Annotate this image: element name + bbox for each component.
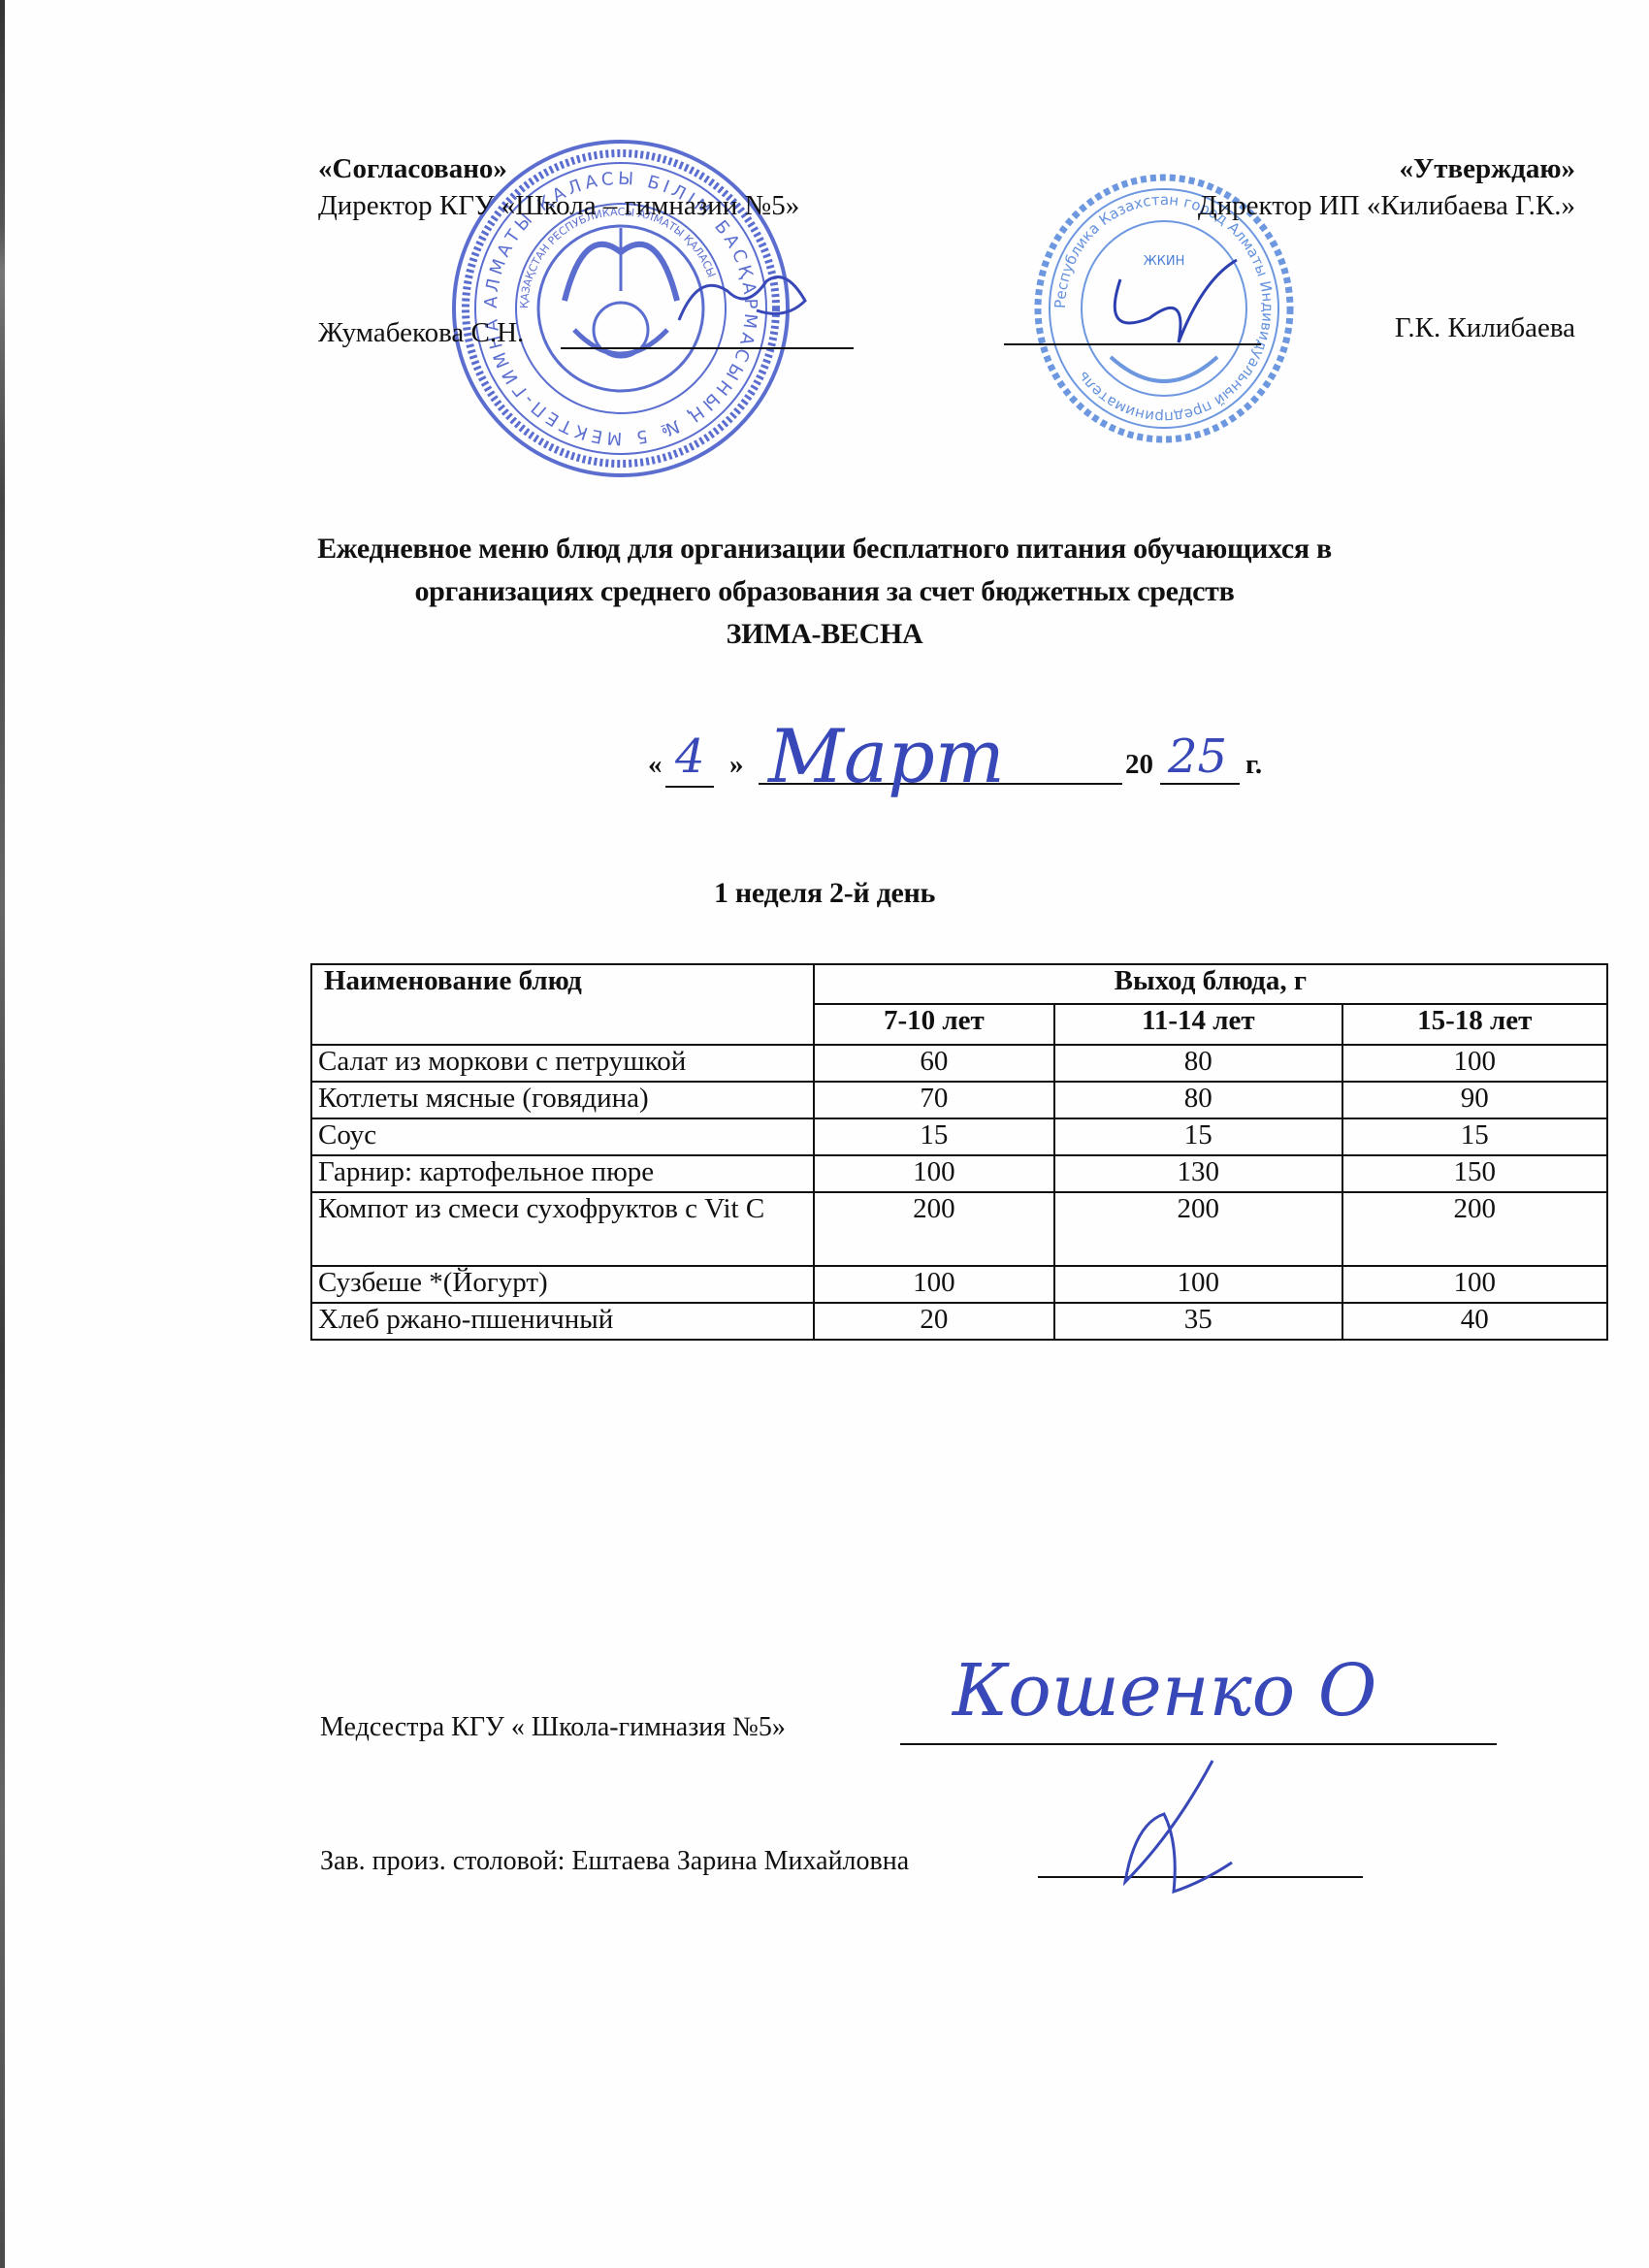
yield-value-cell: 200 — [814, 1192, 1054, 1266]
yield-value-cell: 200 — [1342, 1192, 1607, 1266]
approval-left-signature-line — [561, 347, 854, 349]
document-title-line1: Ежедневное меню блюд для организации бес… — [0, 530, 1649, 568]
yield-value-cell: 100 — [814, 1266, 1054, 1303]
yield-value-cell: 100 — [1342, 1045, 1607, 1082]
yield-value-cell: 80 — [1054, 1045, 1342, 1082]
date-open-quote: « — [648, 749, 663, 781]
nurse-label: Медсестра КГУ « Школа-гимназия №5» — [320, 1712, 786, 1743]
document-title-line2: организациях среднего образования за сче… — [0, 572, 1649, 611]
approval-right-heading: «Утверждаю» — [1399, 153, 1575, 185]
date-day: 4 — [675, 729, 705, 784]
approval-left-position: Директор КГУ «Школа – гимназии №5» — [318, 190, 799, 222]
approval-left-signatory: Жумабекова С.Н. — [318, 317, 524, 349]
table-row: Котлеты мясные (говядина)708090 — [311, 1082, 1607, 1118]
day-underline — [665, 786, 714, 788]
dish-name-cell: Компот из смеси сухофруктов с Vit C — [311, 1192, 814, 1266]
table-row: Компот из смеси сухофруктов с Vit C20020… — [311, 1192, 1607, 1266]
approval-left-heading: «Согласовано» — [318, 153, 507, 185]
approval-right-signature-line — [1004, 343, 1261, 345]
date-year-prefix: 20 — [1125, 749, 1153, 781]
canteen-manager-label: Зав. произ. столовой: Ештаева Зарина Мих… — [320, 1846, 909, 1877]
canteen-manager-signature — [1096, 1756, 1242, 1901]
yield-value-cell: 60 — [814, 1045, 1054, 1082]
dish-name-cell: Гарнир: картофельное пюре — [311, 1155, 814, 1192]
svg-text:ЖКИН: ЖКИН — [1144, 254, 1185, 269]
yield-value-cell: 15 — [1054, 1118, 1342, 1155]
age-group-header: 15-18 лет — [1342, 1004, 1607, 1045]
approval-right-signatory: Г.К. Килибаева — [1395, 312, 1575, 344]
yield-value-cell: 200 — [1054, 1192, 1342, 1266]
yield-value-cell: 150 — [1342, 1155, 1607, 1192]
yield-value-cell: 15 — [1342, 1118, 1607, 1155]
date-close-quote: » — [729, 749, 744, 781]
yield-value-cell: 20 — [814, 1303, 1054, 1340]
date-year-suffix: 25 — [1168, 729, 1227, 784]
yield-header: Выход блюда, г — [814, 964, 1607, 1004]
dish-name-cell: Соус — [311, 1118, 814, 1155]
age-group-header: 7-10 лет — [814, 1004, 1054, 1045]
table-row: Хлеб ржано-пшеничный203540 — [311, 1303, 1607, 1340]
dish-name-cell: Хлеб ржано-пшеничный — [311, 1303, 814, 1340]
table-row: Сузбеше *(Йогурт)100100100 — [311, 1266, 1607, 1303]
document-season: ЗИМА-ВЕСНА — [0, 615, 1649, 654]
dish-name-header: Наименование блюд — [311, 964, 814, 1045]
menu-table: Наименование блюд Выход блюда, г 7-10 ле… — [310, 963, 1608, 1341]
dish-name-cell: Сузбеше *(Йогурт) — [311, 1266, 814, 1303]
table-row: Салат из моркови с петрушкой6080100 — [311, 1045, 1607, 1082]
table-row: Соус151515 — [311, 1118, 1607, 1155]
yield-value-cell: 100 — [1054, 1266, 1342, 1303]
approval-left-signature — [669, 262, 824, 340]
yield-value-cell: 130 — [1054, 1155, 1342, 1192]
yield-value-cell: 100 — [1342, 1266, 1607, 1303]
yield-value-cell: 35 — [1054, 1303, 1342, 1340]
yield-value-cell: 90 — [1342, 1082, 1607, 1118]
scan-edge — [0, 0, 5, 2268]
yield-value-cell: 100 — [814, 1155, 1054, 1192]
yield-value-cell: 40 — [1342, 1303, 1607, 1340]
date-month: Март — [768, 713, 1005, 799]
date-year-unit: г. — [1245, 749, 1262, 781]
yield-value-cell: 15 — [814, 1118, 1054, 1155]
age-group-header: 11-14 лет — [1054, 1004, 1342, 1045]
approval-right-position: Директор ИП «Килибаева Г.К.» — [1198, 190, 1575, 222]
yield-value-cell: 80 — [1054, 1082, 1342, 1118]
table-row: Гарнир: картофельное пюре100130150 — [311, 1155, 1607, 1192]
nurse-signature: Кошенко О — [953, 1649, 1376, 1733]
yield-value-cell: 70 — [814, 1082, 1054, 1118]
dish-name-cell: Салат из моркови с петрушкой — [311, 1045, 814, 1082]
dish-name-cell: Котлеты мясные (говядина) — [311, 1082, 814, 1118]
nurse-signature-line — [900, 1743, 1497, 1745]
week-day-label: 1 неделя 2-й день — [0, 874, 1649, 913]
